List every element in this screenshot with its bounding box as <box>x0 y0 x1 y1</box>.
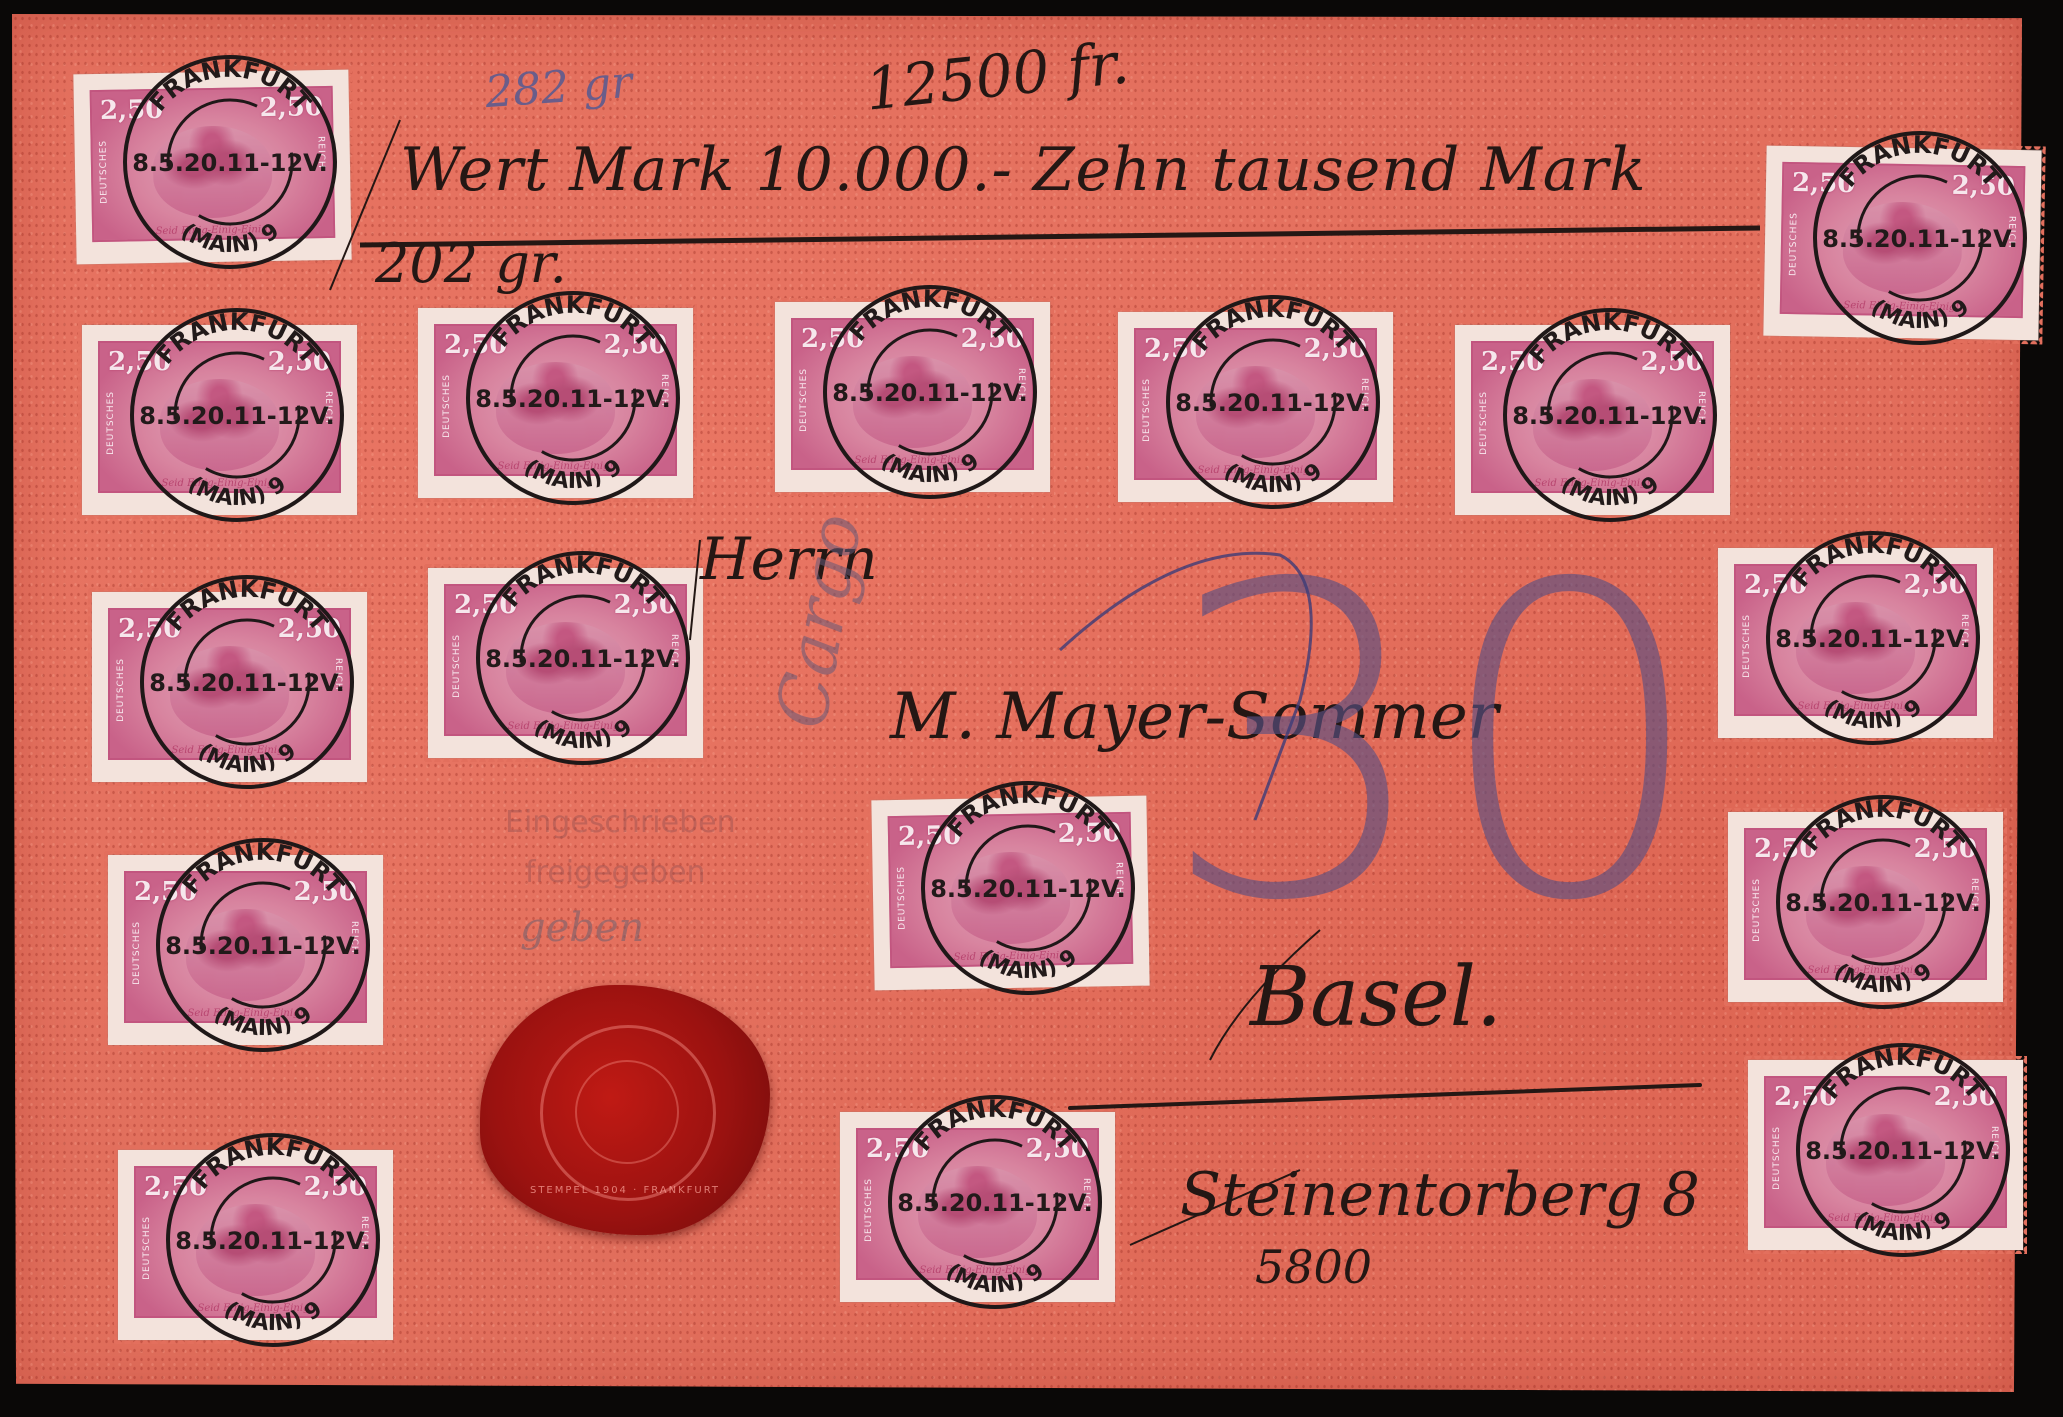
seal-inner-ring <box>575 1060 679 1164</box>
wax-seal: STEMPEL 1904 · FRANKFURT <box>480 985 770 1235</box>
seal-legend: STEMPEL 1904 · FRANKFURT <box>480 1185 770 1196</box>
pen-strokes <box>0 0 2063 1417</box>
